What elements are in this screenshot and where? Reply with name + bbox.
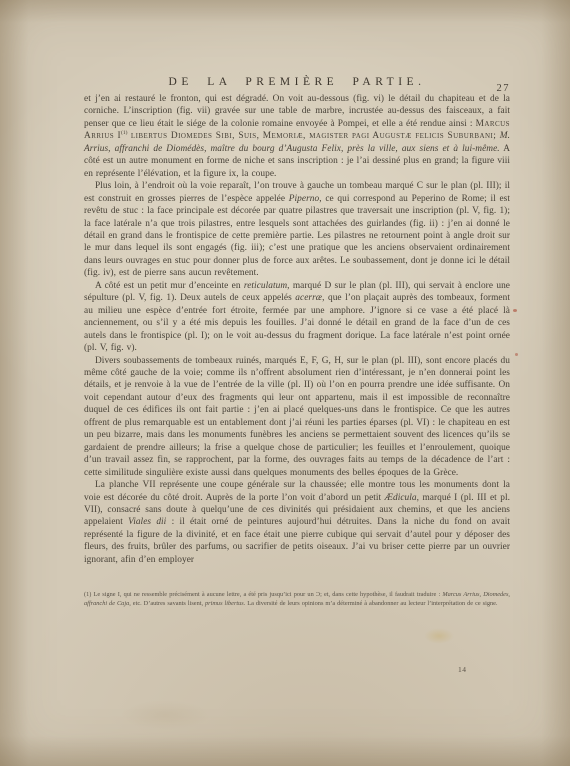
paragraph-text: A côté est un petit mur d’enceinte en xyxy=(95,281,244,291)
page-header: DE LA PREMIÈRE PARTIE. 27 xyxy=(84,0,510,88)
paragraph: et j’en ai restauré le fronton, qui est … xyxy=(84,93,510,180)
printer-signature-mark: 14 xyxy=(458,665,467,674)
paragraph: Divers soubassements de tombeaux ruinés,… xyxy=(84,355,510,480)
paragraph: La planche VII représente une coupe géné… xyxy=(84,479,510,566)
inscription-smallcaps: libertus Diomedes Sibi, Suis, Memoriæ, m… xyxy=(127,131,499,141)
paragraph: Plus loin, à l’endroit où la voie repara… xyxy=(84,180,510,280)
term-italic: reticulatum xyxy=(244,281,287,291)
footnote: (1) Le signe I, qui ne ressemble précisé… xyxy=(84,591,510,608)
paragraph: A côté est un petit mur d’enceinte en re… xyxy=(84,280,510,355)
body-text: et j’en ai restauré le fronton, qui est … xyxy=(84,93,510,566)
paragraph-text: Divers soubassements de tombeaux ruinés,… xyxy=(84,356,510,478)
footnote-text: (1) Le signe I, qui ne ressemble précisé… xyxy=(84,591,510,608)
page-content: DE LA PREMIÈRE PARTIE. 27 et j’en ai res… xyxy=(84,0,510,608)
paper-stain xyxy=(120,700,210,730)
scanned-book-page: DE LA PREMIÈRE PARTIE. 27 et j’en ai res… xyxy=(0,0,570,766)
paper-speck xyxy=(515,353,518,356)
term-italic: Viales dii xyxy=(128,517,166,527)
term-italic: acerræ xyxy=(295,293,322,303)
paragraph-text: , ce qui correspond au Peperino de Rome;… xyxy=(84,194,510,279)
paper-stain xyxy=(424,628,454,644)
footnote-text-part: . La diversité de leurs opinions m’a dét… xyxy=(244,600,498,607)
term-italic: Piperno xyxy=(289,194,319,204)
paragraph-text: et j’en ai restauré le fronton, qui est … xyxy=(84,94,510,129)
page-number: 27 xyxy=(497,83,511,94)
footnote-text-part: (1) Le signe I, qui ne ressemble précisé… xyxy=(84,591,442,598)
term-italic: Ædicula xyxy=(385,493,417,503)
footnote-italic: primus libertus xyxy=(205,600,244,607)
paper-speck xyxy=(513,309,517,312)
running-title: DE LA PREMIÈRE PARTIE. xyxy=(84,76,510,88)
footnote-text-part: , etc. D’autres savants lisent, xyxy=(129,600,205,607)
